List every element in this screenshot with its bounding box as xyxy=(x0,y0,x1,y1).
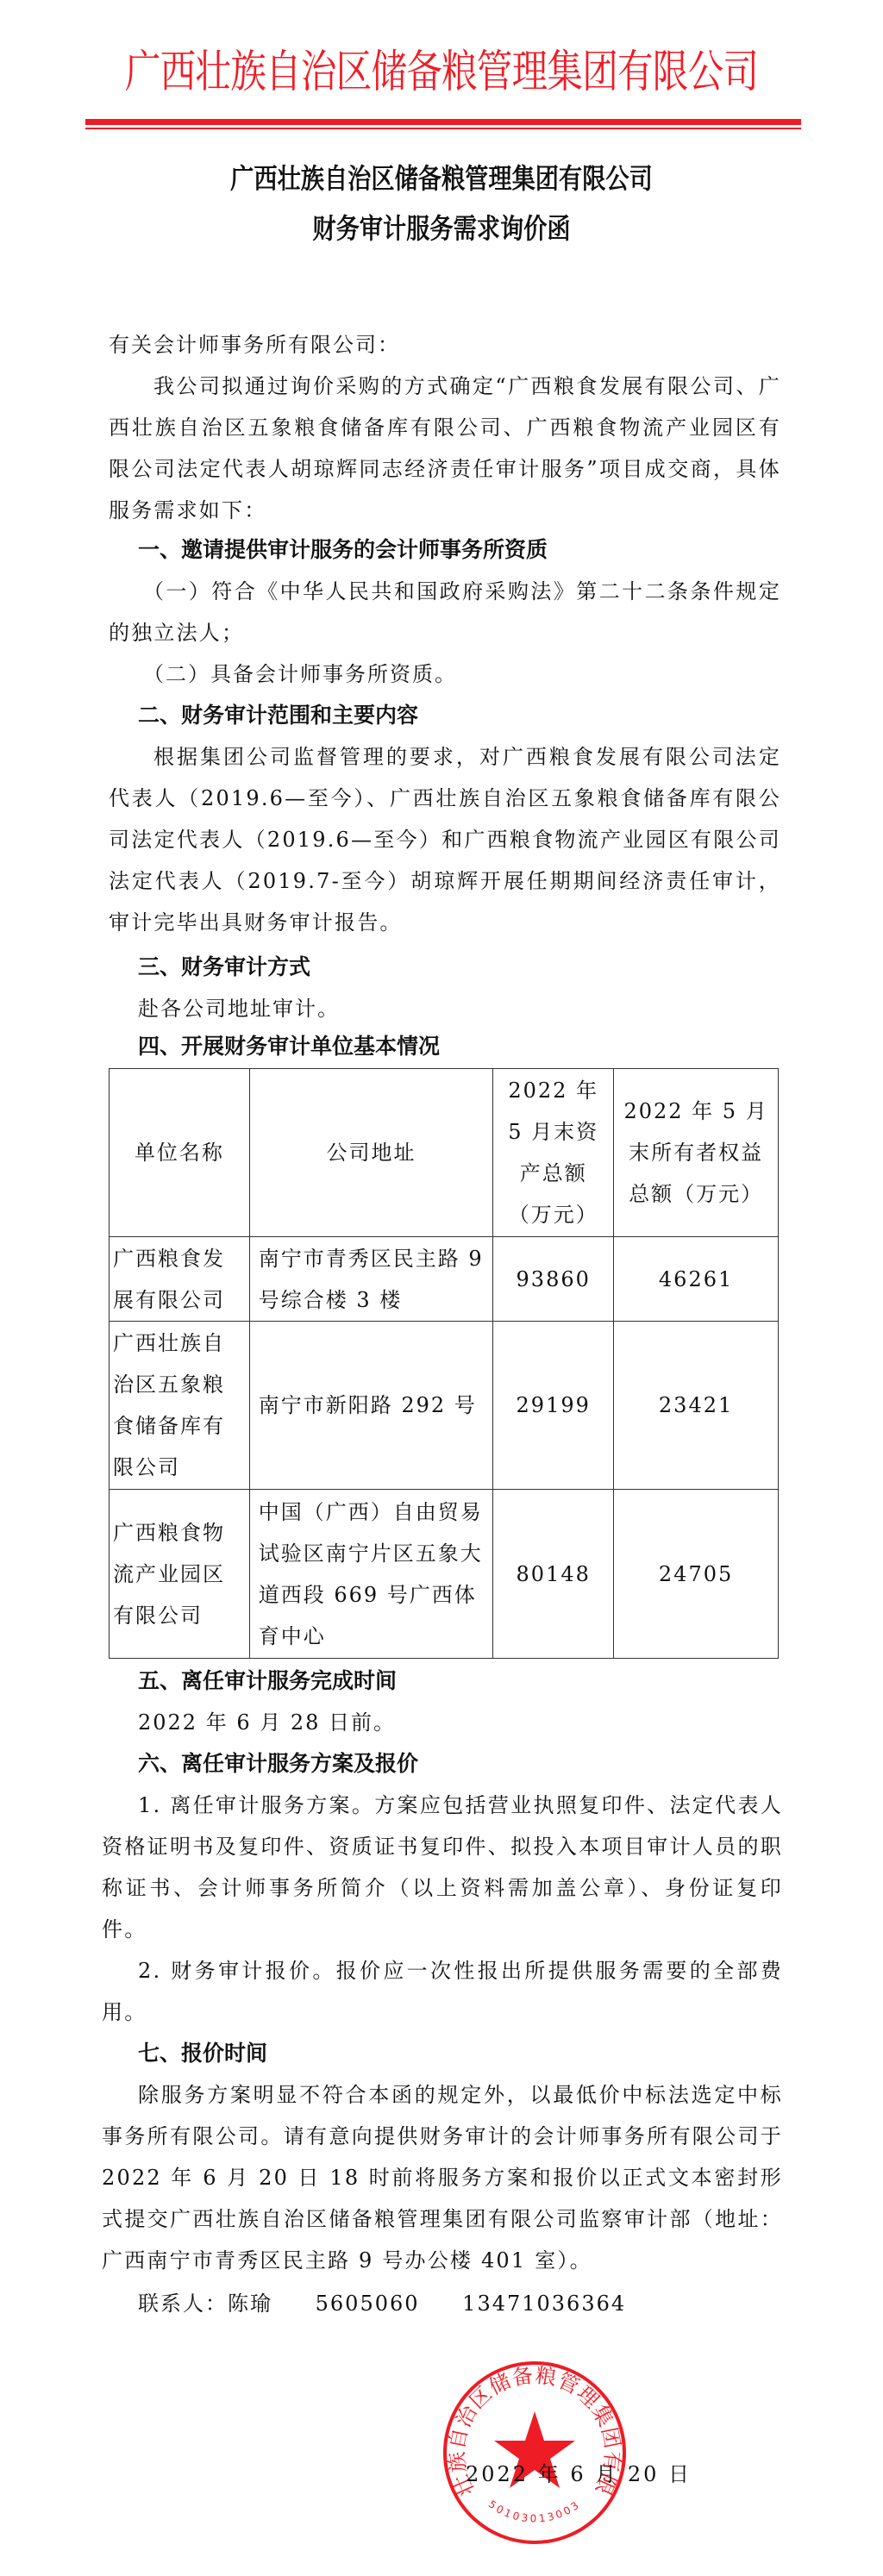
header-total-assets: 2022 年 5 月末资产总额（万元） xyxy=(493,1069,614,1237)
cell-address: 中国（广西）自由贸易试验区南宁片区五象大道西段 669 号广西体育中心 xyxy=(249,1490,493,1659)
section-2-body: 根据集团公司监督管理的要求，对广西粮食发展有限公司法定代表人（2019.6—至今… xyxy=(109,736,781,943)
section-6-heading: 六、离任审计服务方案及报价 xyxy=(138,1743,418,1785)
units-table: 单位名称 公司地址 2022 年 5 月末资产总额（万元） 2022 年 5 月… xyxy=(109,1068,779,1659)
section-1-item-2: （二）具备会计师事务所资质。 xyxy=(143,653,457,695)
doc-title-line2: 财务审计服务需求询价函 xyxy=(66,207,817,250)
doc-title-line1: 广西壮族自治区储备粮管理集团有限公司 xyxy=(66,157,817,200)
contact-label: 联系人： xyxy=(138,2283,228,2324)
cell-unit-name: 广西粮食发展有限公司 xyxy=(110,1237,250,1322)
section-7-body: 除服务方案明显不符合本函的规定外，以最低价中标法选定中标事务所有限公司。请有意向… xyxy=(102,2074,783,2281)
section-4-heading: 四、开展财务审计单位基本情况 xyxy=(138,1026,440,1067)
cell-unit-name: 广西壮族自治区五象粮食储备库有限公司 xyxy=(110,1322,250,1490)
table-row: 广西粮食物流产业园区有限公司 中国（广西）自由贸易试验区南宁片区五象大道西段 6… xyxy=(110,1490,779,1659)
intro-paragraph: 我公司拟通过询价采购的方式确定“广西粮食发展有限公司、广西壮族自治区五象粮食储备… xyxy=(109,366,781,531)
official-seal-icon: 广西壮族自治区储备粮管理集团有限公司 4501030130032 xyxy=(440,2358,629,2548)
cell-unit-name: 广西粮食物流产业园区有限公司 xyxy=(110,1490,250,1659)
section-3-body: 赴各公司地址审计。 xyxy=(138,988,340,1029)
letterhead-rule-thin xyxy=(85,128,801,129)
header-address: 公司地址 xyxy=(249,1069,493,1237)
cell-owner-equity: 24705 xyxy=(614,1490,779,1659)
table-row: 广西粮食发展有限公司 南宁市青秀区民主路 9 号综合楼 3 楼 93860 46… xyxy=(110,1237,779,1322)
cell-address: 南宁市青秀区民主路 9 号综合楼 3 楼 xyxy=(249,1237,493,1322)
table-header-row: 单位名称 公司地址 2022 年 5 月末资产总额（万元） 2022 年 5 月… xyxy=(110,1069,779,1237)
section-5-heading: 五、离任审计服务完成时间 xyxy=(138,1660,397,1702)
cell-total-assets: 80148 xyxy=(493,1490,614,1659)
cell-total-assets: 29199 xyxy=(493,1322,614,1490)
contact-line: 联系人：陈瑜 5605060 13471036364 xyxy=(109,2283,626,2324)
cell-owner-equity: 46261 xyxy=(614,1237,779,1322)
section-7-heading: 七、报价时间 xyxy=(138,2033,267,2074)
letterhead-rule-thick xyxy=(85,119,801,125)
cell-owner-equity: 23421 xyxy=(614,1322,779,1490)
cell-address: 南宁市新阳路 292 号 xyxy=(249,1322,493,1490)
table-row: 广西壮族自治区五象粮食储备库有限公司 南宁市新阳路 292 号 29199 23… xyxy=(110,1322,779,1490)
section-2-heading: 二、财务审计范围和主要内容 xyxy=(138,695,418,736)
section-6-item-2: 2. 财务审计报价。报价应一次性报出所提供服务需要的全部费用。 xyxy=(102,1950,783,2033)
section-1-item-1: （一）符合《中华人民共和国政府采购法》第二十二条条件规定的独立法人； xyxy=(109,571,781,653)
header-owner-equity: 2022 年 5 月末所有者权益总额（万元） xyxy=(614,1069,779,1237)
contact-phone: 5605060 xyxy=(316,2283,420,2324)
section-3-heading: 三、财务审计方式 xyxy=(138,947,310,988)
letterhead-org-name: 广西壮族自治区储备粮管理集团有限公司 xyxy=(88,45,794,100)
section-5-body: 2022 年 6 月 28 日前。 xyxy=(138,1702,396,1743)
section-6-item-1: 1. 离任审计服务方案。方案应包括营业执照复印件、法定代表人资格证明书及复印件、… xyxy=(102,1785,783,1950)
salutation: 有关会计师事务所有限公司： xyxy=(109,324,400,366)
contact-mobile: 13471036364 xyxy=(462,2283,626,2324)
section-1-heading: 一、邀请提供审计服务的会计师事务所资质 xyxy=(138,529,548,571)
header-unit-name: 单位名称 xyxy=(110,1069,250,1237)
cell-total-assets: 93860 xyxy=(493,1237,614,1322)
sign-date: 2022 年 6 月 20 日 xyxy=(466,2457,692,2492)
contact-name: 陈瑜 xyxy=(228,2283,272,2324)
